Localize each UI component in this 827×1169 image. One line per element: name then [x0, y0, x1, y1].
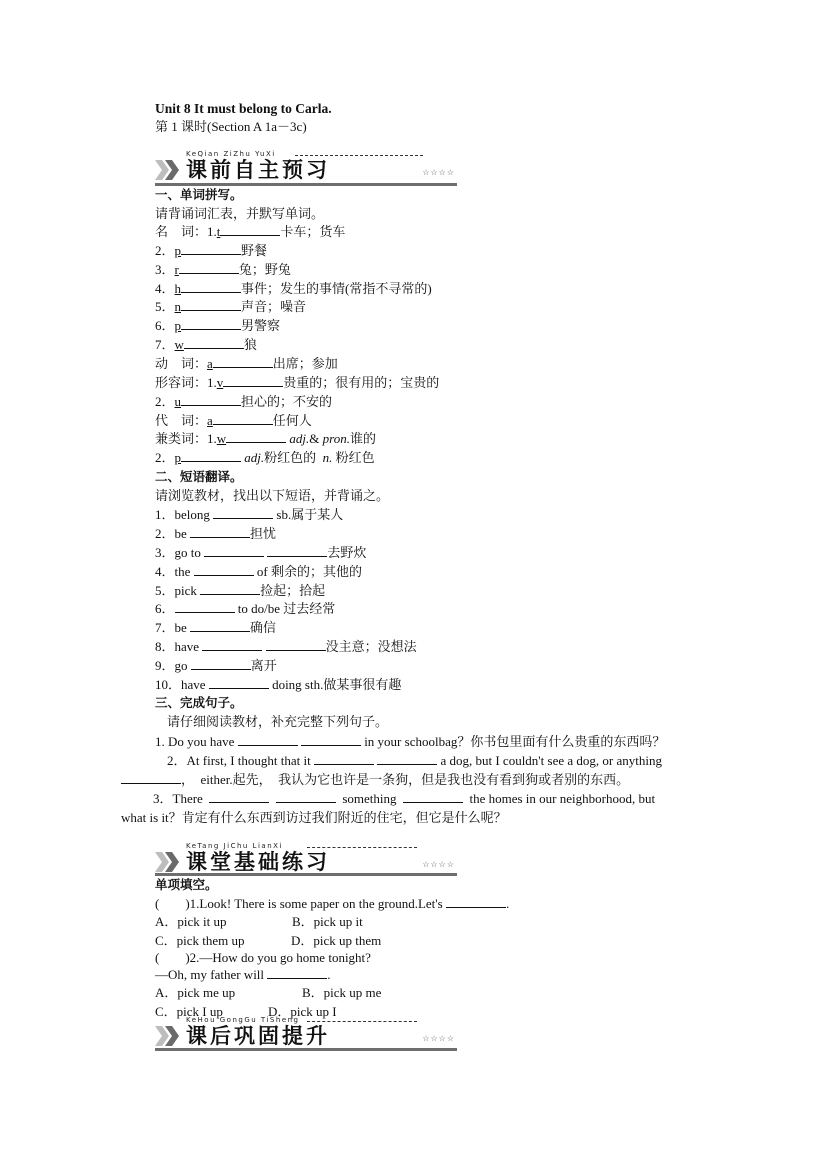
section-heading-phrases: 二、短语翻译。	[155, 468, 243, 486]
banner-title: 课前自主预习	[186, 158, 330, 182]
answer-blank[interactable]	[446, 895, 506, 908]
section-banner-preview: KeQian ZiZhu YuXi 课前自主预习 ☆☆☆☆	[155, 150, 457, 186]
spelling-item: 动 词：a出席；参加	[155, 355, 338, 373]
section-heading-spelling: 一、单词拼写。	[155, 186, 243, 204]
section-instruction: 请背诵词汇表，并默写单词。	[155, 205, 324, 223]
question-1-options-ab: A．pick it upB．pick up it	[155, 913, 363, 931]
answer-blank[interactable]	[266, 638, 326, 651]
option-a[interactable]: A．pick me up	[155, 984, 302, 1002]
answer-blank[interactable]	[121, 771, 181, 784]
answer-blank[interactable]	[209, 790, 269, 803]
banner-title: 课堂基础练习	[186, 850, 330, 874]
answer-blank[interactable]	[179, 261, 239, 274]
answer-blank[interactable]	[377, 752, 437, 765]
dashed-rule	[307, 1021, 417, 1022]
question-1-options-cd: C．pick them upD．pick up them	[155, 932, 381, 950]
spelling-item: 形容词：1.v贵重的；很有用的；宝贵的	[155, 374, 439, 392]
section-banner-after-class: KeHou GongGu TiSheng 课后巩固提升 ☆☆☆☆	[155, 1016, 457, 1052]
answer-blank[interactable]	[226, 430, 286, 443]
option-d[interactable]: D．pick up them	[291, 933, 381, 948]
answer-blank[interactable]	[223, 374, 283, 387]
phrase-item: 3．go to 去野炊	[155, 544, 366, 562]
banner-pinyin: KeQian ZiZhu YuXi	[186, 150, 276, 158]
answer-blank[interactable]	[191, 657, 251, 670]
answer-blank[interactable]	[220, 223, 280, 236]
question-2-options-ab: A．pick me upB．pick up me	[155, 984, 381, 1002]
answer-blank[interactable]	[204, 544, 264, 557]
answer-blank[interactable]	[181, 298, 241, 311]
answer-blank[interactable]	[301, 733, 361, 746]
star-rating-icon: ☆☆☆☆	[422, 860, 455, 869]
spelling-item: 2．u担心的；不安的	[155, 393, 332, 411]
dashed-rule	[295, 155, 423, 156]
phrase-item: 1．belong sb.属于某人	[155, 506, 343, 524]
spelling-item: 2．p野餐	[155, 242, 267, 260]
spelling-item: 4．h事件；发生的事情(常指不寻常的)	[155, 280, 432, 298]
sentence-item: 3．There something the homes in our neigh…	[153, 790, 655, 808]
phrase-item: 7．be 确信	[155, 619, 276, 637]
answer-blank[interactable]	[238, 733, 298, 746]
phrase-item: 4．the of 剩余的；其他的	[155, 563, 362, 581]
sentence-item: 2．At first, I thought that it a dog, but…	[167, 752, 662, 770]
phrase-item: 8．have 没主意；没想法	[155, 638, 417, 656]
double-chevron-icon	[155, 850, 181, 874]
answer-blank[interactable]	[403, 790, 463, 803]
answer-blank[interactable]	[314, 752, 374, 765]
star-rating-icon: ☆☆☆☆	[422, 1034, 455, 1043]
banner-title: 课后巩固提升	[186, 1024, 330, 1048]
answer-blank[interactable]	[209, 676, 269, 689]
spelling-item: 代 词：a任何人	[155, 412, 312, 430]
phrase-item: 2．be 担忧	[155, 525, 276, 543]
phrase-item: 9．go 离开	[155, 657, 277, 675]
spelling-item: 兼类词：1.w adj.& pron.谁的	[155, 430, 376, 448]
banner-pinyin: KeTang JiChu LianXi	[186, 842, 283, 850]
answer-blank[interactable]	[267, 544, 327, 557]
answer-blank[interactable]	[200, 582, 260, 595]
section-heading-multiple-choice: 单项填空。	[155, 876, 218, 894]
answer-blank[interactable]	[175, 600, 235, 613]
star-rating-icon: ☆☆☆☆	[422, 168, 455, 177]
question-1: ( )1.Look! There is some paper on the gr…	[155, 895, 509, 913]
answer-blank[interactable]	[181, 449, 241, 462]
sentence-item: 1. Do you have in your schoolbag？你书包里面有什…	[155, 733, 665, 751]
question-2-line2: —Oh, my father will .	[155, 966, 331, 984]
option-c[interactable]: C．pick them up	[155, 932, 291, 950]
lesson-subtitle: 第 1 课时(Section A 1a－3c)	[155, 118, 307, 136]
option-b[interactable]: B．pick up it	[292, 914, 363, 929]
spelling-item: 2．p adj.粉红色的 n. 粉红色	[155, 449, 375, 467]
banner-pinyin: KeHou GongGu TiSheng	[186, 1016, 300, 1024]
answer-blank[interactable]	[184, 336, 244, 349]
answer-blank[interactable]	[181, 393, 241, 406]
answer-blank[interactable]	[190, 619, 250, 632]
sentence-item-continued: ， either.起先， 我认为它也许是一条狗，但是我也没有看到狗或者别的东西。	[121, 771, 629, 789]
double-chevron-icon	[155, 1024, 181, 1048]
spelling-item: 名 词：1.t卡车；货车	[155, 223, 345, 241]
spelling-item: 6．p男警察	[155, 317, 280, 335]
answer-blank[interactable]	[276, 790, 336, 803]
spelling-item: 3．r兔；野兔	[155, 261, 291, 279]
sentence-item-continued: what is it？肯定有什么东西到访过我们附近的住宅，但它是什么呢？	[121, 809, 507, 827]
answer-blank[interactable]	[181, 317, 241, 330]
unit-title: Unit 8 It must belong to Carla.	[155, 100, 332, 118]
question-2: ( )2.—How do you go home tonight?	[155, 949, 371, 967]
answer-blank[interactable]	[181, 242, 241, 255]
double-chevron-icon	[155, 158, 181, 182]
phrase-item: 6． to do/be 过去经常	[155, 600, 335, 618]
answer-blank[interactable]	[202, 638, 262, 651]
option-b[interactable]: B．pick up me	[302, 985, 381, 1000]
spelling-item: 5．n声音；噪音	[155, 298, 306, 316]
phrase-item: 5．pick 捡起；拾起	[155, 582, 325, 600]
answer-bracket[interactable]: ( )	[155, 950, 190, 965]
spelling-item: 7．w狼	[155, 336, 257, 354]
section-banner-classroom: KeTang JiChu LianXi 课堂基础练习 ☆☆☆☆	[155, 842, 457, 878]
answer-blank[interactable]	[267, 966, 327, 979]
section-heading-sentences: 三、完成句子。	[155, 694, 243, 712]
answer-blank[interactable]	[190, 525, 250, 538]
banner-rule	[155, 1048, 457, 1051]
answer-blank[interactable]	[181, 280, 241, 293]
answer-blank[interactable]	[213, 355, 273, 368]
phrase-item: 10．have doing sth.做某事很有趣	[155, 676, 401, 694]
option-a[interactable]: A．pick it up	[155, 913, 292, 931]
answer-blank[interactable]	[194, 563, 254, 576]
answer-blank[interactable]	[213, 412, 273, 425]
section-instruction: 请浏览教材，找出以下短语，并背诵之。	[155, 487, 389, 505]
worksheet-page: Unit 8 It must belong to Carla. 第 1 课时(S…	[0, 0, 827, 1169]
answer-bracket[interactable]: ( )	[155, 896, 190, 911]
section-instruction: 请仔细阅读教材，补充完整下列句子。	[167, 713, 388, 731]
answer-blank[interactable]	[213, 506, 273, 519]
dashed-rule	[307, 847, 417, 848]
